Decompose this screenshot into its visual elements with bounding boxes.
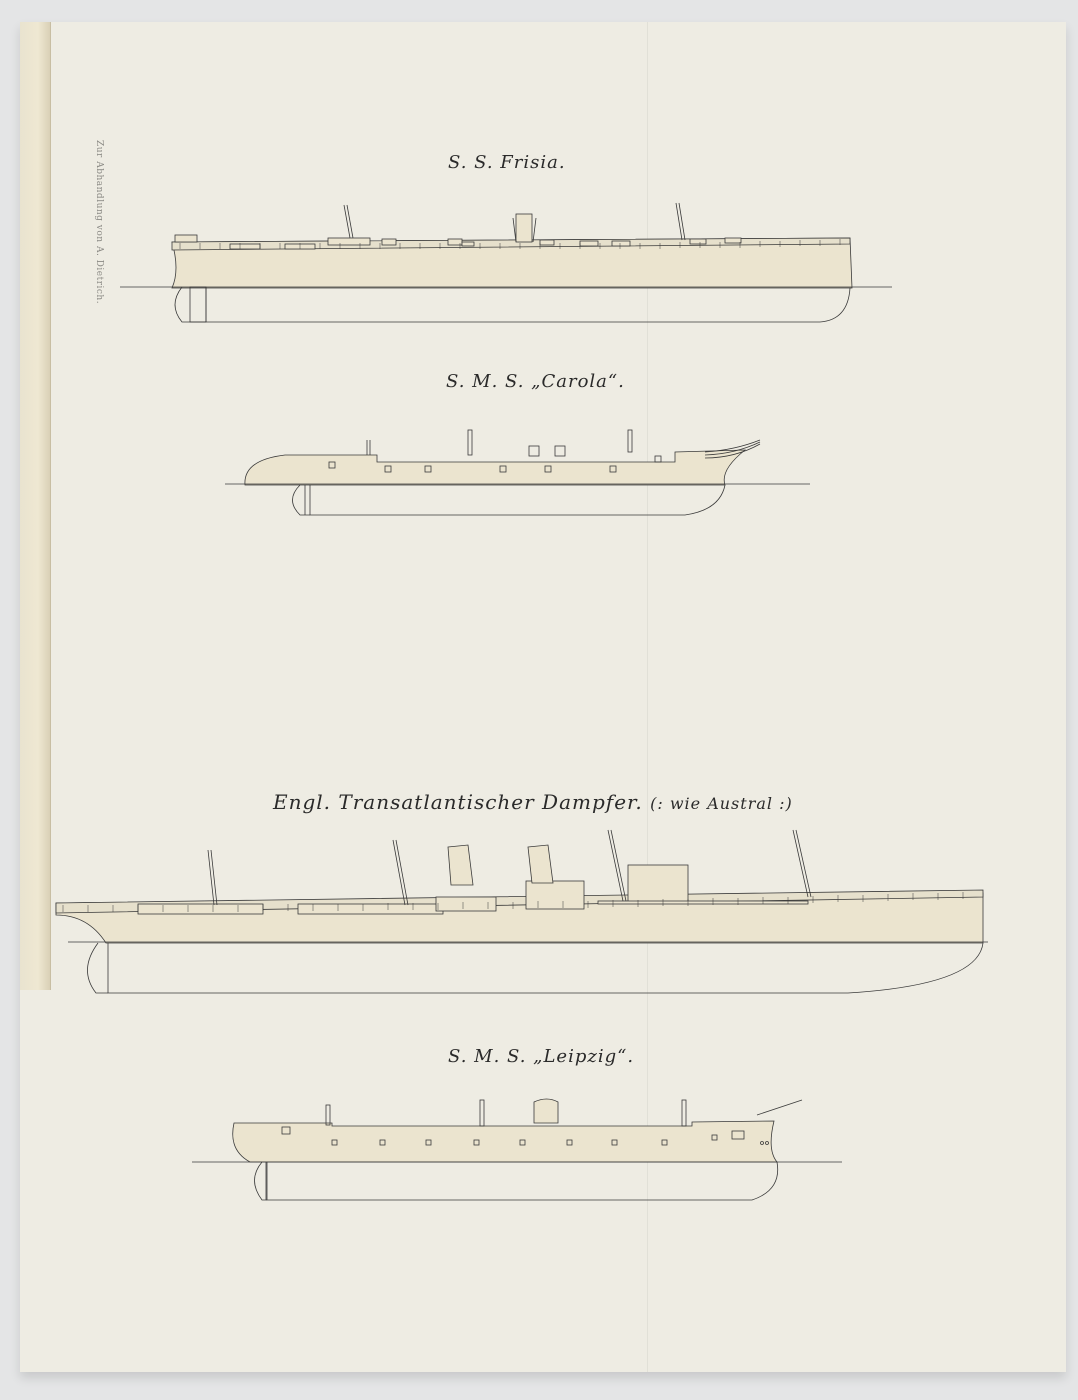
- caption-frisia: S. S. Frisia.: [448, 152, 566, 173]
- caption-carola: S. M. S. „Carola“.: [446, 371, 625, 392]
- spine-note: Zur Abhandlung von A. Dietrich.: [94, 140, 104, 304]
- caption-transatlantic-note: (: wie Austral :): [650, 794, 793, 813]
- ship-drawing-leipzig: [192, 1090, 852, 1210]
- ship-drawing-transatlantic: [48, 825, 993, 1005]
- caption-transatlantic: Engl. Transatlantischer Dampfer. (: wie …: [273, 790, 793, 814]
- caption-leipzig: S. M. S. „Leipzig“.: [448, 1046, 634, 1067]
- caption-transatlantic-title: Engl. Transatlantischer Dampfer.: [273, 790, 643, 814]
- left-page-gutter: [20, 22, 51, 990]
- ship-drawing-carola: [225, 420, 815, 520]
- ship-drawing-frisia: [120, 200, 900, 330]
